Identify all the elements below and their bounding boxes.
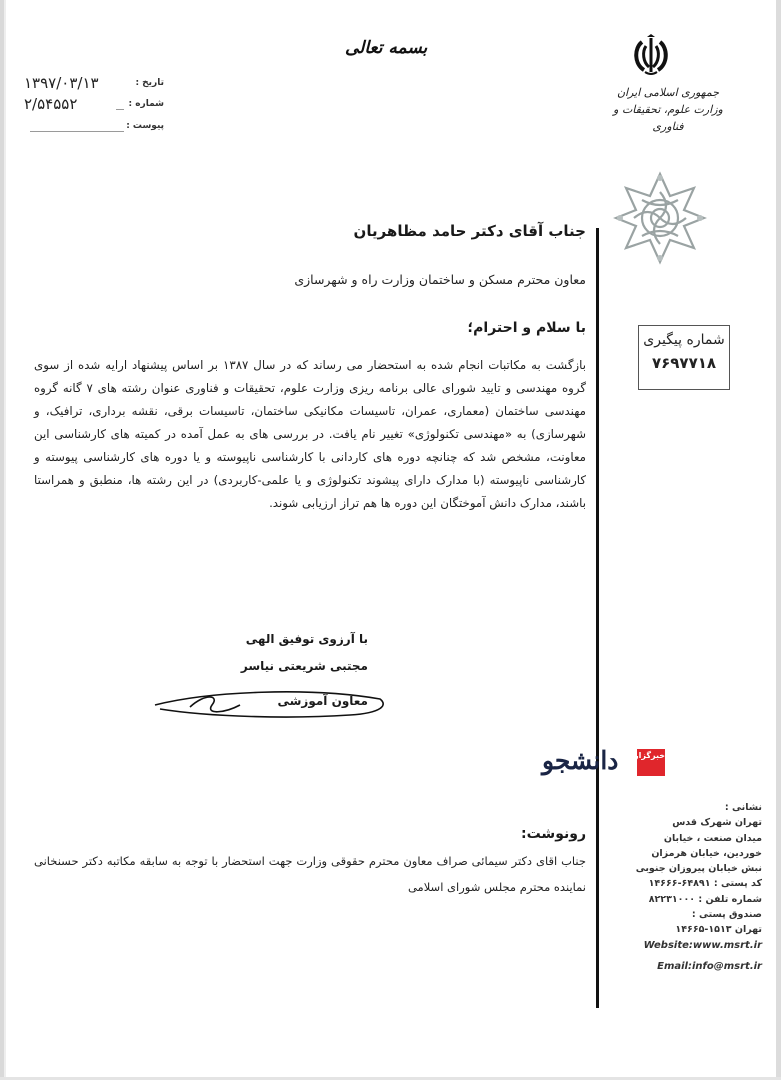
address-line: خوردین، خیابان هرمزان <box>612 846 762 861</box>
address-line: نشانی : <box>612 800 762 815</box>
number-label: شماره : <box>129 99 165 109</box>
ministry-name: جمهوری اسلامی ایران وزارت علوم، تحقیقات … <box>598 84 738 135</box>
email-text: Email:info@msrt.ir <box>612 959 762 974</box>
vertical-divider <box>596 228 599 1008</box>
iran-emblem-icon <box>632 34 670 76</box>
closing-line: با آرزوی توفیق الهی <box>246 632 368 646</box>
address-line: شماره تلفن : ۸۲۲۳۱۰۰۰ <box>612 892 762 907</box>
recipient-name: جناب آقای دکتر حامد مظاهریان <box>354 222 586 240</box>
watermark-logo-text: دانشجو <box>542 746 618 775</box>
number-line <box>116 109 124 110</box>
address-line: نبش خیابان پیروزان جنوبی <box>612 861 762 876</box>
bismillah-heading: بسمه تعالی <box>345 38 427 58</box>
watermark-badge: خبرگزاری <box>637 749 665 776</box>
page-right-edge <box>776 0 781 1080</box>
greeting: با سلام و احترام؛ <box>468 320 586 336</box>
tracking-number-box: شماره پیگیری ۷۶۹۷۷۱۸ <box>638 325 730 390</box>
address-line: تهران ۱۵۱۳-۱۴۶۶۵ <box>612 922 762 937</box>
number-value: ۲/۵۴۵۵۲ <box>24 95 77 113</box>
meta-attachment: پیوست : <box>24 117 164 137</box>
signer-name: مجتبی شریعتی نیاسر <box>241 659 368 673</box>
signer-title: معاون آموزشی <box>277 694 368 708</box>
ministry-address: نشانی : تهران شهرک قدس میدان صنعت ، خیاب… <box>612 800 762 974</box>
date-value: ۱۳۹۷/۰۳/۱۳ <box>24 74 99 92</box>
page-left-edge-inner <box>4 0 6 1080</box>
meta-date: ۱۳۹۷/۰۳/۱۳ تاریخ : <box>24 74 164 94</box>
ministry-line-2: وزارت علوم، تحقیقات و فناوری <box>598 101 738 135</box>
meta-number: ۲/۵۴۵۵۲ شماره : <box>24 95 164 115</box>
recipient-title: معاون محترم مسکن و ساختمان وزارت راه و ش… <box>294 272 586 287</box>
attachment-line <box>30 131 124 132</box>
address-line: صندوق پستی : <box>612 907 762 922</box>
address-line: میدان صنعت ، خیابان <box>612 831 762 846</box>
ornament-star-icon <box>612 170 708 266</box>
letter-body: بازگشت به مکاتبات انجام شده به استحضار م… <box>34 354 586 515</box>
cc-text: جناب اقای دکتر سیمائی صراف معاون محترم ح… <box>34 848 586 900</box>
tracking-number: ۷۶۹۷۷۱۸ <box>639 354 729 372</box>
date-label: تاریخ : <box>135 78 164 88</box>
attachment-label: پیوست : <box>126 121 164 131</box>
address-line: تهران شهرک قدس <box>612 815 762 830</box>
tracking-label: شماره پیگیری <box>639 332 729 348</box>
website-text: Website:www.msrt.ir <box>612 938 762 953</box>
cc-label: رونوشت: <box>521 826 586 842</box>
ministry-line-1: جمهوری اسلامی ایران <box>598 84 738 101</box>
address-line: کد پستی : ۶۴۸۹۱-۱۴۶۶۶ <box>612 876 762 891</box>
